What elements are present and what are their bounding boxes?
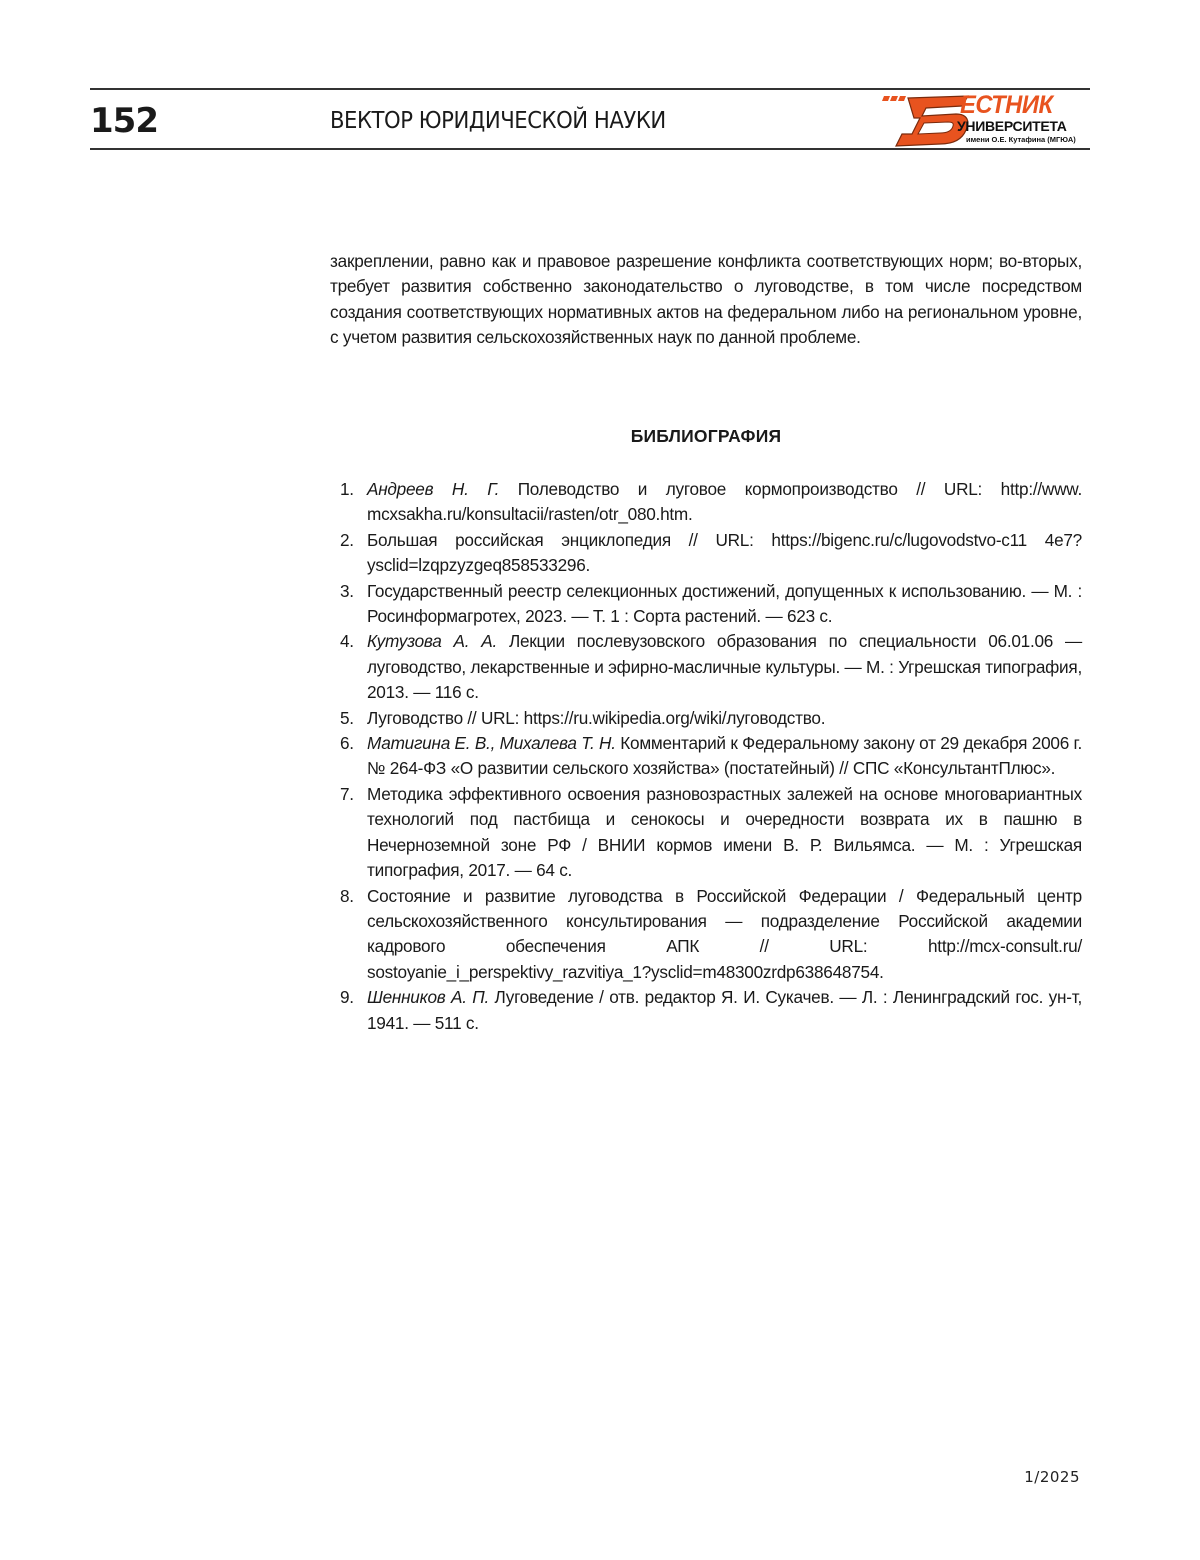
page-number: 152: [90, 101, 158, 141]
logo-word-university: УНИВЕРСИТЕТА: [957, 118, 1067, 134]
bibliography-item: 9.Шенников А. П. Луговедение / отв. реда…: [340, 985, 1082, 1036]
bibliography-list: 1.Андреев Н. Г. Полеводство и луговое ко…: [340, 477, 1082, 1036]
item-number: 1.: [340, 477, 354, 502]
bibliography-item: 2.Большая российская энциклопедия // URL…: [340, 528, 1082, 579]
page-header: 152 ВЕКТОР ЮРИДИЧЕСКОЙ НАУКИ ЕСТНИК УНИВ…: [90, 88, 1090, 150]
body-paragraph: закреплении, равно как и правовое разреш…: [330, 249, 1082, 351]
header-rule-top: [90, 88, 1090, 90]
item-text: Луговодство // URL: https://ru.wikipedia…: [367, 708, 825, 728]
issue-number: 1/2025: [1024, 1468, 1080, 1486]
bibliography-heading: БИБЛИОГРАФИЯ: [330, 426, 1082, 447]
bibliography-item: 8.Состояние и развитие луговодства в Рос…: [340, 884, 1082, 986]
item-number: 4.: [340, 629, 354, 654]
header-rule-bottom: [90, 148, 1090, 150]
logo-word-vestnik: ЕСТНИК: [960, 91, 1053, 120]
item-number: 3.: [340, 579, 354, 604]
item-number: 7.: [340, 782, 354, 807]
article-body: закреплении, равно как и правовое разреш…: [330, 249, 1082, 351]
item-text: Государственный реестр селекционных дост…: [367, 581, 1082, 626]
item-author: Андреев Н. Г.: [367, 479, 499, 499]
item-number: 2.: [340, 528, 354, 553]
item-author: Шенников А. П.: [367, 987, 489, 1007]
item-text: Состояние и развитие луговодства в Росси…: [367, 886, 1082, 982]
bibliography-item: 3.Государственный реестр селекционных до…: [340, 579, 1082, 630]
item-number: 5.: [340, 706, 354, 731]
logo-subtitle: имени О.Е. Кутафина (МГЮА): [966, 135, 1076, 144]
item-number: 9.: [340, 985, 354, 1010]
item-author: Кутузова А. А.: [367, 631, 497, 651]
item-text: Большая российская энциклопедия // URL: …: [367, 530, 1082, 575]
item-author: Матигина Е. В., Михалева Т. Н.: [367, 733, 616, 753]
item-text: Методика эффективного освоения разновозр…: [367, 784, 1082, 880]
bibliography-item: 6.Матигина Е. В., Михалева Т. Н. Коммент…: [340, 731, 1082, 782]
bibliography-item: 1.Андреев Н. Г. Полеводство и луговое ко…: [340, 477, 1082, 528]
journal-logo: ЕСТНИК УНИВЕРСИТЕТА имени О.Е. Кутафина …: [882, 92, 1092, 148]
journal-section-title: ВЕКТОР ЮРИДИЧЕСКОЙ НАУКИ: [330, 108, 666, 134]
bibliography-item: 7.Методика эффективного освоения разново…: [340, 782, 1082, 884]
bibliography-item: 4.Кутузова А. А. Лекции послевузовского …: [340, 629, 1082, 705]
item-number: 8.: [340, 884, 354, 909]
item-number: 6.: [340, 731, 354, 756]
bibliography-item: 5.Луговодство // URL: https://ru.wikiped…: [340, 706, 1082, 731]
